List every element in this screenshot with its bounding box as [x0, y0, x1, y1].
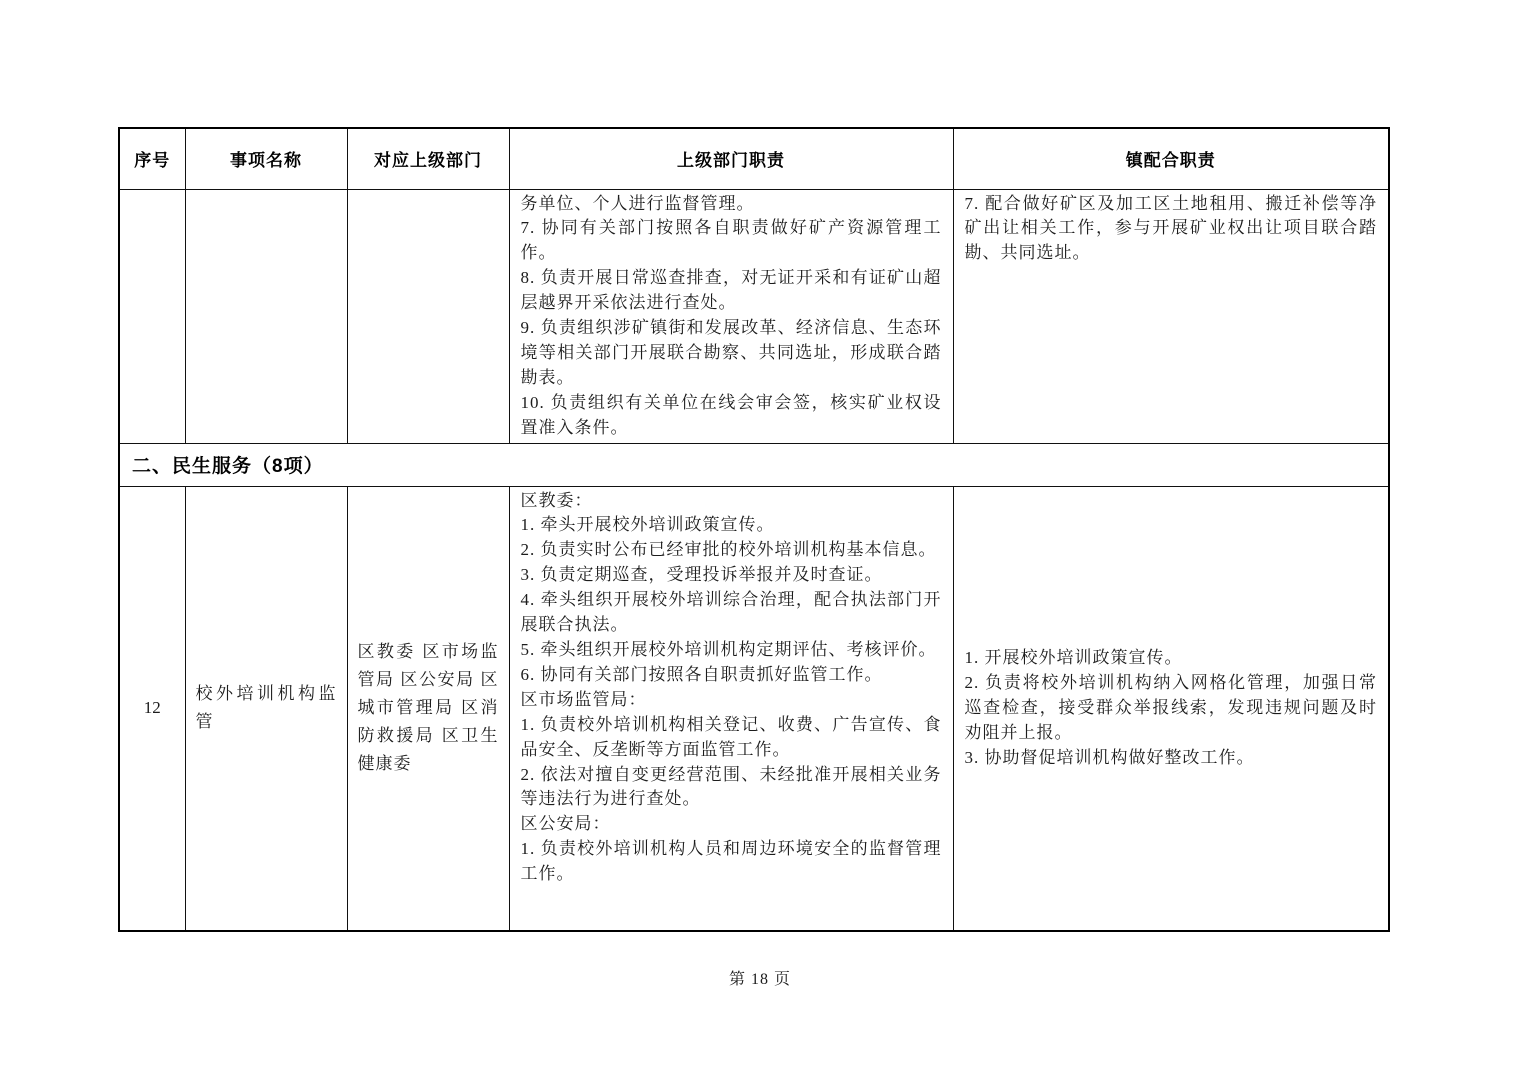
duty-paragraph: 5. 牵头组织开展校外培训机构定期评估、考核评价。	[521, 638, 942, 663]
duty-paragraph: 务单位、个人进行监督管理。	[521, 192, 942, 217]
duty-paragraph: 2. 负责实时公布已经审批的校外培训机构基本信息。	[521, 538, 942, 563]
duty-paragraph: 区教委：	[521, 489, 942, 514]
cell-superior-duties: 区教委： 1. 牵头开展校外培训政策宣传。 2. 负责实时公布已经审批的校外培训…	[509, 486, 953, 931]
duty-paragraph: 4. 牵头组织开展校外培训综合治理，配合执法部门开展联合执法。	[521, 588, 942, 638]
header-town-duty: 镇配合职责	[953, 128, 1389, 189]
duty-paragraph: 1. 开展校外培训政策宣传。	[965, 646, 1378, 671]
duty-paragraph: 2. 依法对擅自变更经营范围、未经批准开展相关业务等违法行为进行查处。	[521, 763, 942, 813]
duty-paragraph: 1. 负责校外培训机构人员和周边环境安全的监督管理工作。	[521, 837, 942, 887]
duty-paragraph: 1. 负责校外培训机构相关登记、收费、广告宣传、食品安全、反垄断等方面监管工作。	[521, 713, 942, 763]
cell-seq: 12	[119, 486, 185, 931]
header-seq: 序号	[119, 128, 185, 189]
header-superior-dept: 对应上级部门	[347, 128, 509, 189]
table-row-continuation: 务单位、个人进行监督管理。 7. 协同有关部门按照各自职责做好矿产资源管理工作。…	[119, 189, 1389, 443]
cell-item-name	[185, 189, 347, 443]
duty-paragraph: 6. 协同有关部门按照各自职责抓好监管工作。	[521, 663, 942, 688]
section-header-row: 二、民生服务（8项）	[119, 443, 1389, 486]
section-title: 二、民生服务（8项）	[119, 443, 1389, 486]
duty-paragraph: 区市场监管局：	[521, 688, 942, 713]
duty-paragraph: 8. 负责开展日常巡查排查，对无证开采和有证矿山超层越界开采依法进行查处。	[521, 266, 942, 316]
duty-paragraph: 9. 负责组织涉矿镇街和发展改革、经济信息、生态环境等相关部门开展联合勘察、共同…	[521, 316, 942, 391]
page-number: 第 18 页	[0, 966, 1520, 989]
duty-paragraph: 2. 负责将校外培训机构纳入网格化管理，加强日常巡查检查，接受群众举报线索，发现…	[965, 671, 1378, 746]
duty-paragraph: 7. 协同有关部门按照各自职责做好矿产资源管理工作。	[521, 216, 942, 266]
document-page: 序号 事项名称 对应上级部门 上级部门职责 镇配合职责 务单位、个人进行监督管理…	[0, 0, 1520, 1074]
table-row-12: 12 校外培训机构监管 区教委 区市场监管局 区公安局 区城市管理局 区消防救援…	[119, 486, 1389, 931]
cell-seq	[119, 189, 185, 443]
duty-paragraph: 3. 负责定期巡查，受理投诉举报并及时查证。	[521, 563, 942, 588]
responsibility-table: 序号 事项名称 对应上级部门 上级部门职责 镇配合职责 务单位、个人进行监督管理…	[118, 127, 1390, 932]
table-header-row: 序号 事项名称 对应上级部门 上级部门职责 镇配合职责	[119, 128, 1389, 189]
duty-paragraph: 10. 负责组织有关单位在线会审会签，核实矿业权设置准入条件。	[521, 391, 942, 441]
header-superior-duty: 上级部门职责	[509, 128, 953, 189]
cell-superior-duties: 务单位、个人进行监督管理。 7. 协同有关部门按照各自职责做好矿产资源管理工作。…	[509, 189, 953, 443]
duty-paragraph: 区公安局：	[521, 812, 942, 837]
cell-departments	[347, 189, 509, 443]
duty-paragraph: 7. 配合做好矿区及加工区土地租用、搬迁补偿等净矿出让相关工作，参与开展矿业权出…	[965, 192, 1378, 267]
duty-paragraph: 3. 协助督促培训机构做好整改工作。	[965, 746, 1378, 771]
cell-departments: 区教委 区市场监管局 区公安局 区城市管理局 区消防救援局 区卫生健康委	[347, 486, 509, 931]
header-item-name: 事项名称	[185, 128, 347, 189]
cell-town-duties: 7. 配合做好矿区及加工区土地租用、搬迁补偿等净矿出让相关工作，参与开展矿业权出…	[953, 189, 1389, 443]
cell-item-name: 校外培训机构监管	[185, 486, 347, 931]
cell-town-duties: 1. 开展校外培训政策宣传。 2. 负责将校外培训机构纳入网格化管理，加强日常巡…	[953, 486, 1389, 931]
duty-paragraph: 1. 牵头开展校外培训政策宣传。	[521, 513, 942, 538]
